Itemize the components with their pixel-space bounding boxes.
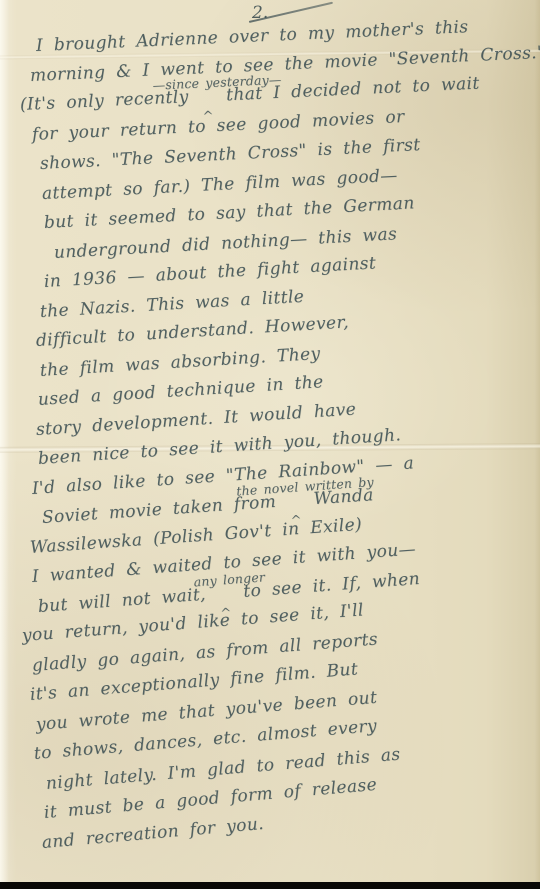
paper-edge-highlight xyxy=(0,0,9,883)
interline-insertion: any longer^ xyxy=(217,597,233,598)
letter-page: 2. I brought Adrienne over to my mother'… xyxy=(0,0,540,883)
handwritten-text-block: I brought Adrienne over to my mother's t… xyxy=(30,36,530,876)
line-text: the Nazis. This was a little xyxy=(39,286,304,321)
interline-insertion: the novel written by^ xyxy=(287,505,303,506)
line-text-pre: but will not wait, xyxy=(37,583,217,616)
interline-insertion: —since yesterday—^ xyxy=(200,101,216,102)
scan-edge-shadow xyxy=(0,882,540,889)
handwritten-line: the Nazis. This was a little xyxy=(39,286,304,321)
